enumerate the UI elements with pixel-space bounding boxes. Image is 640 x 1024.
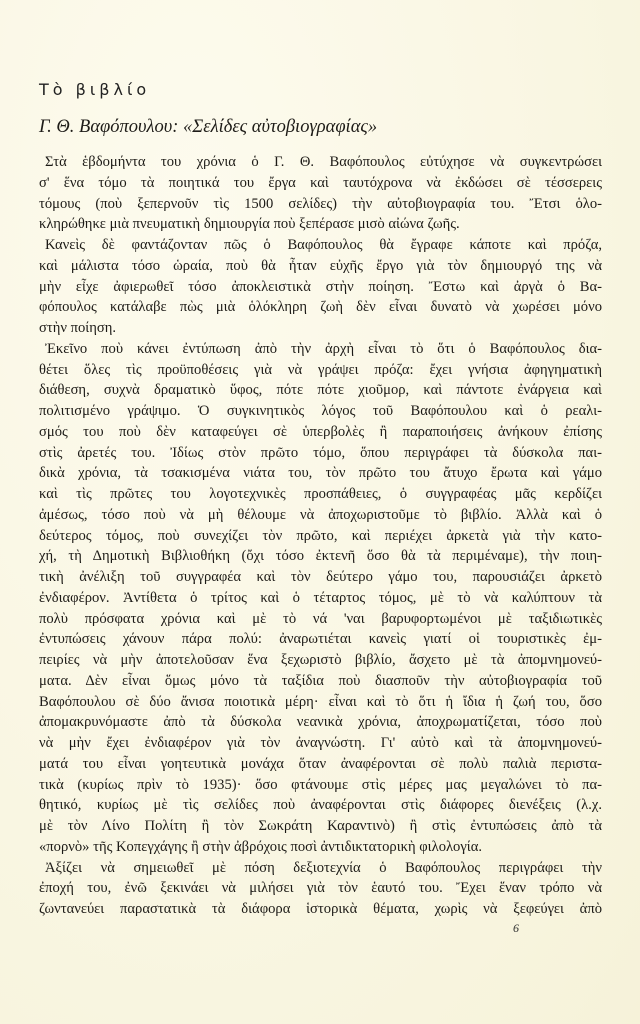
- text-line: στὶς ἀρετές του. Ἰδίως στὸν πρῶτο τόμο, …: [39, 443, 602, 464]
- text-line: ἐντυπώσεις χάνουν πάρα πολύ: ἀναρωτιέται…: [39, 629, 602, 650]
- page-number: 6: [513, 921, 519, 936]
- text-line: πολὺ πρόσφατα χρόνια καὶ μὲ τὸ νά 'ναι β…: [39, 609, 602, 630]
- text-line: ζωντανεύει παραστατικὰ τὰ διάφορα ἱστορι…: [39, 899, 602, 920]
- text-line: μὴν εἶχε ἀφιερωθεῖ τόσο ἀποκλειστικὰ στὴ…: [39, 277, 602, 298]
- text-line: καὶ μάλιστα τόσο ὡραία, ποὺ θὰ ἦταν εὐχῆ…: [39, 256, 602, 277]
- text-line: φόπουλος κατάλαβε πὼς μιὰ ὁλόκληρη ζωὴ δ…: [39, 297, 602, 318]
- text-line: θέτει ὅλες τὶς προϋποθέσεις γιὰ νὰ γράψε…: [39, 360, 602, 381]
- text-line: ἐποχή του, ἐνῶ ξεκινάει νὰ μιλήσει γιὰ τ…: [39, 878, 602, 899]
- text-line: χή, τὴ Δημοτικὴ Βιβλιοθήκη (ὄχι τόσο ἐκτ…: [39, 546, 602, 567]
- article-body: Στὰ ἑβδομήντα του χρόνια ὁ Γ. Θ. Βαφόπου…: [39, 152, 602, 920]
- text-line: τικὴ ἀνέλιξη τοῦ συγγραφέα καὶ τὸν δεύτε…: [39, 567, 602, 588]
- text-line: μὲ τὸν Λίνο Πολίτη ἢ τὸν Σωκράτη Καραντι…: [39, 816, 602, 837]
- text-line: δεύτερος τόμος, ποὺ συνεχίζει τὸν πρῶτο,…: [39, 526, 602, 547]
- text-line: ματα. Δὲν εἶναι ὅμως μόνο τὰ ταξίδια ποὺ…: [39, 671, 602, 692]
- text-line: Κανεὶς δὲ φαντάζονταν πῶς ὁ Βαφόπουλος θ…: [39, 235, 602, 256]
- text-line: καὶ τὶς πρῶτες του λογοτεχνικὲς προσπάθε…: [39, 484, 602, 505]
- text-line: σμός του ποὺ δὲν καταφεύγει σὲ ὑπερβολὲς…: [39, 422, 602, 443]
- text-line: νὰ μὴν ἔχει ἐνδιαφέρον γιὰ τὸν ἀναγνώστη…: [39, 733, 602, 754]
- text-line: πειρίες νὰ μὴν ἀποτελοῦσαν ἕνα ξεχωριστὸ…: [39, 650, 602, 671]
- text-line: Στὰ ἑβδομήντα του χρόνια ὁ Γ. Θ. Βαφόπου…: [39, 152, 602, 173]
- text-line: διάθεση, συχνὰ δραματικὸ ὕφος, πότε πότε…: [39, 380, 602, 401]
- text-line: Ἀξίζει νὰ σημειωθεῖ μὲ πόση δεξιοτεχνία …: [39, 858, 602, 879]
- text-line: κληρώθηκε μιὰ πνευματικὴ δημιουργία ποὺ …: [39, 214, 602, 235]
- text-line: ματά του εἶναι γοητευτικὰ μονάχα ὅταν ἀν…: [39, 754, 602, 775]
- text-line: Ἐκεῖνο ποὺ κάνει ἐντύπωση ἀπὸ τὴν ἀρχὴ ε…: [39, 339, 602, 360]
- text-line: πολιτισμένο γράψιμο. Ὁ συγκινητικὸς λόγο…: [39, 401, 602, 422]
- text-line: ἐνδιαφέρον. Ἀντίθετα ὁ τρίτος καὶ ὁ τέτα…: [39, 588, 602, 609]
- text-line: τικὰ (κυρίως πρὶν τὸ 1935)· ὅσο φτάνουμε…: [39, 775, 602, 796]
- text-line: τόμους (ποὺ ξεπερνοῦν τὶς 1500 σελίδες) …: [39, 194, 602, 215]
- text-line: «πορνὸ» τῆς Κοπεγχάγης ἢ στὴν ἀβρόχοις π…: [39, 837, 602, 858]
- text-line: στὴν ποίηση.: [39, 318, 602, 339]
- text-line: ἀμέσως, τόσο ποὺ νὰ μὴ θέλουμε νὰ ἀποχωρ…: [39, 505, 602, 526]
- text-line: Βαφόπουλου σὲ δύο ἄνισα ποιοτικὰ μέρη· ε…: [39, 692, 602, 713]
- text-line: δικὰ χρόνια, τὰ τσακισμένα νιάτα του, τὸ…: [39, 463, 602, 484]
- text-line: σ' ἕνα τόμο τὰ ποιητικά του ἔργα καὶ ταυ…: [39, 173, 602, 194]
- text-line: ἀπομακρυνόμαστε ἀπὸ τὰ δύσκολα νεανικὰ χ…: [39, 712, 602, 733]
- text-line: θητικό, κυρίως μὲ τὶς σελίδες ποὺ ἀναφέρ…: [39, 795, 602, 816]
- section-title: Τὸ βιβλίο: [39, 80, 150, 99]
- article-title: Γ. Θ. Βαφόπουλου: «Σελίδες αὐτοβιογραφία…: [39, 117, 377, 138]
